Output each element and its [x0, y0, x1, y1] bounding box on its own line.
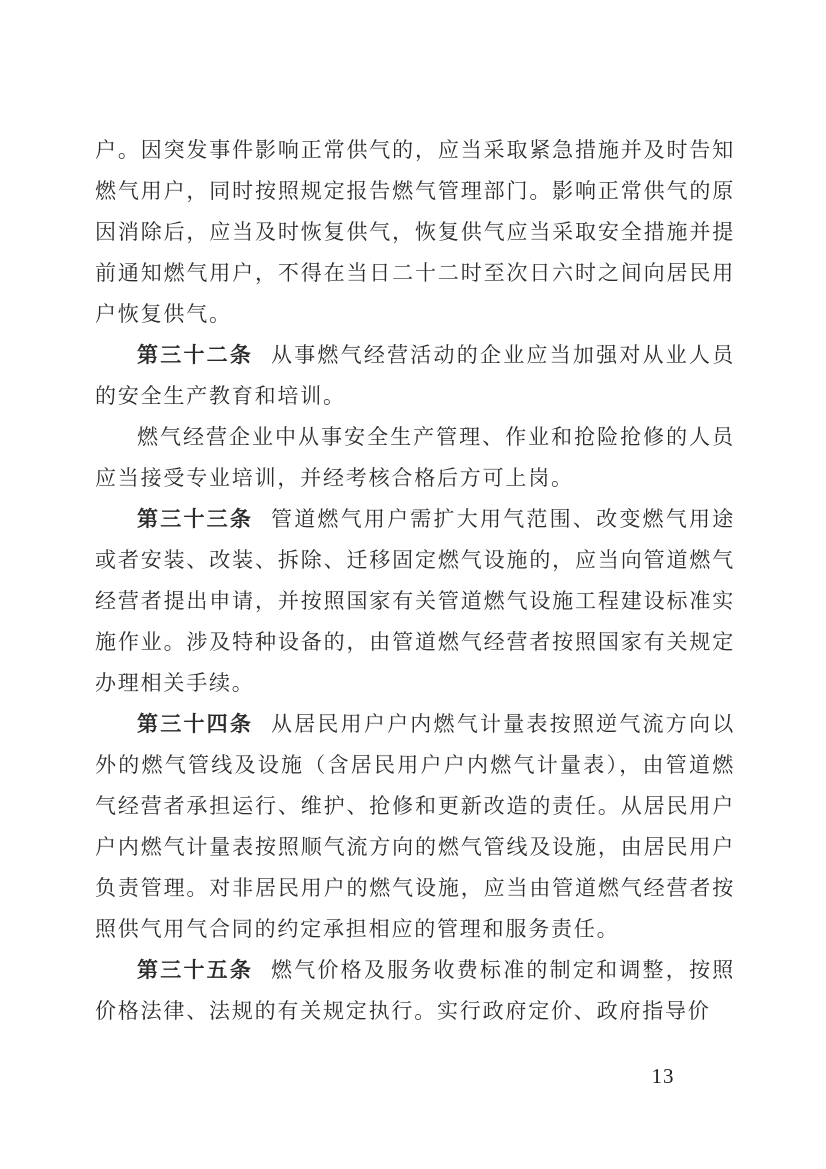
paragraph-text: 燃气经营企业中从事安全生产管理、作业和抢险抢修的人员应当接受专业培训，并经考核合…	[95, 425, 735, 490]
document-page: 户。因突发事件影响正常供气的，应当采取紧急措施并及时告知燃气用户，同时按照规定报…	[0, 0, 826, 1169]
text-content: 户。因突发事件影响正常供气的，应当采取紧急措施并及时告知燃气用户，同时按照规定报…	[95, 130, 735, 1032]
paragraph-article-32: 第三十二条从事燃气经营活动的企业应当加强对从业人员的安全生产教育和培训。	[95, 335, 735, 417]
page-number: 13	[648, 1064, 678, 1089]
paragraph-continuation: 户。因突发事件影响正常供气的，应当采取紧急措施并及时告知燃气用户，同时按照规定报…	[95, 130, 735, 335]
paragraph-text: 户。因突发事件影响正常供气的，应当采取紧急措施并及时告知燃气用户，同时按照规定报…	[95, 138, 735, 326]
paragraph-article-34: 第三十四条从居民用户户内燃气计量表按照逆气流方向以外的燃气管线及设施（含居民用户…	[95, 704, 735, 950]
paragraph-article-32-clause-2: 燃气经营企业中从事安全生产管理、作业和抢险抢修的人员应当接受专业培训，并经考核合…	[95, 417, 735, 499]
article-33-heading: 第三十三条	[137, 508, 253, 531]
paragraph-article-35: 第三十五条燃气价格及服务收费标准的制定和调整，按照价格法律、法规的有关规定执行。…	[95, 950, 735, 1032]
article-32-heading: 第三十二条	[137, 344, 253, 367]
paragraph-article-33: 第三十三条管道燃气用户需扩大用气范围、改变燃气用途或者安装、改装、拆除、迁移固定…	[95, 499, 735, 704]
article-34-heading: 第三十四条	[137, 713, 253, 736]
paragraph-text: 管道燃气用户需扩大用气范围、改变燃气用途或者安装、改装、拆除、迁移固定燃气设施的…	[95, 507, 735, 695]
paragraph-text: 从居民用户户内燃气计量表按照逆气流方向以外的燃气管线及设施（含居民用户户内燃气计…	[95, 712, 735, 941]
article-35-heading: 第三十五条	[137, 959, 253, 982]
